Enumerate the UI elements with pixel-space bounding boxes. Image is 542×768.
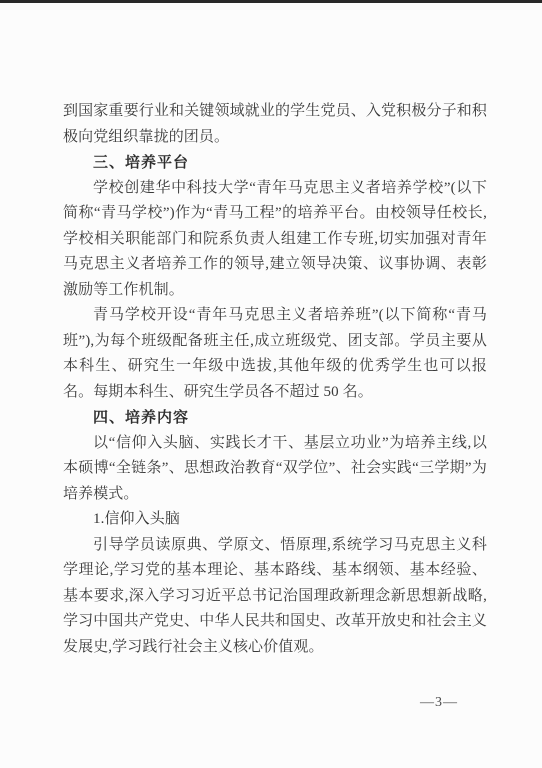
page-sheet: 到国家重要行业和关键领域就业的学生党员、入党积极分子和积极向党组织靠拢的团员。三… bbox=[0, 0, 542, 768]
top-scan-bar bbox=[0, 0, 542, 3]
document-body: 到国家重要行业和关键领域就业的学生党员、入党积极分子和积极向党组织靠拢的团员。三… bbox=[63, 99, 487, 660]
section-heading: 三、培养平台 bbox=[63, 150, 487, 176]
section-heading: 四、培养内容 bbox=[63, 405, 487, 431]
numbered-subheading: 1.信仰入头脑 bbox=[63, 507, 487, 533]
body-paragraph: 学校创建华中科技大学“青年马克思主义者培养学校”(以下简称“青马学校”)作为“青… bbox=[63, 176, 487, 304]
body-paragraph: 以“信仰入头脑、实践长才干、基层立功业”为培养主线,以本硕博“全链条”、思想政治… bbox=[63, 431, 487, 508]
page-number: —3— bbox=[420, 694, 458, 712]
body-paragraph: 引导学员读原典、学原文、悟原理,系统学习马克思主义科学理论,学习党的基本理论、基… bbox=[63, 533, 487, 661]
body-paragraph: 青马学校开设“青年马克思主义者培养班”(以下简称“青马班”),为每个班级配备班主… bbox=[63, 303, 487, 405]
body-paragraph-continued: 到国家重要行业和关键领域就业的学生党员、入党积极分子和积极向党组织靠拢的团员。 bbox=[63, 99, 487, 150]
